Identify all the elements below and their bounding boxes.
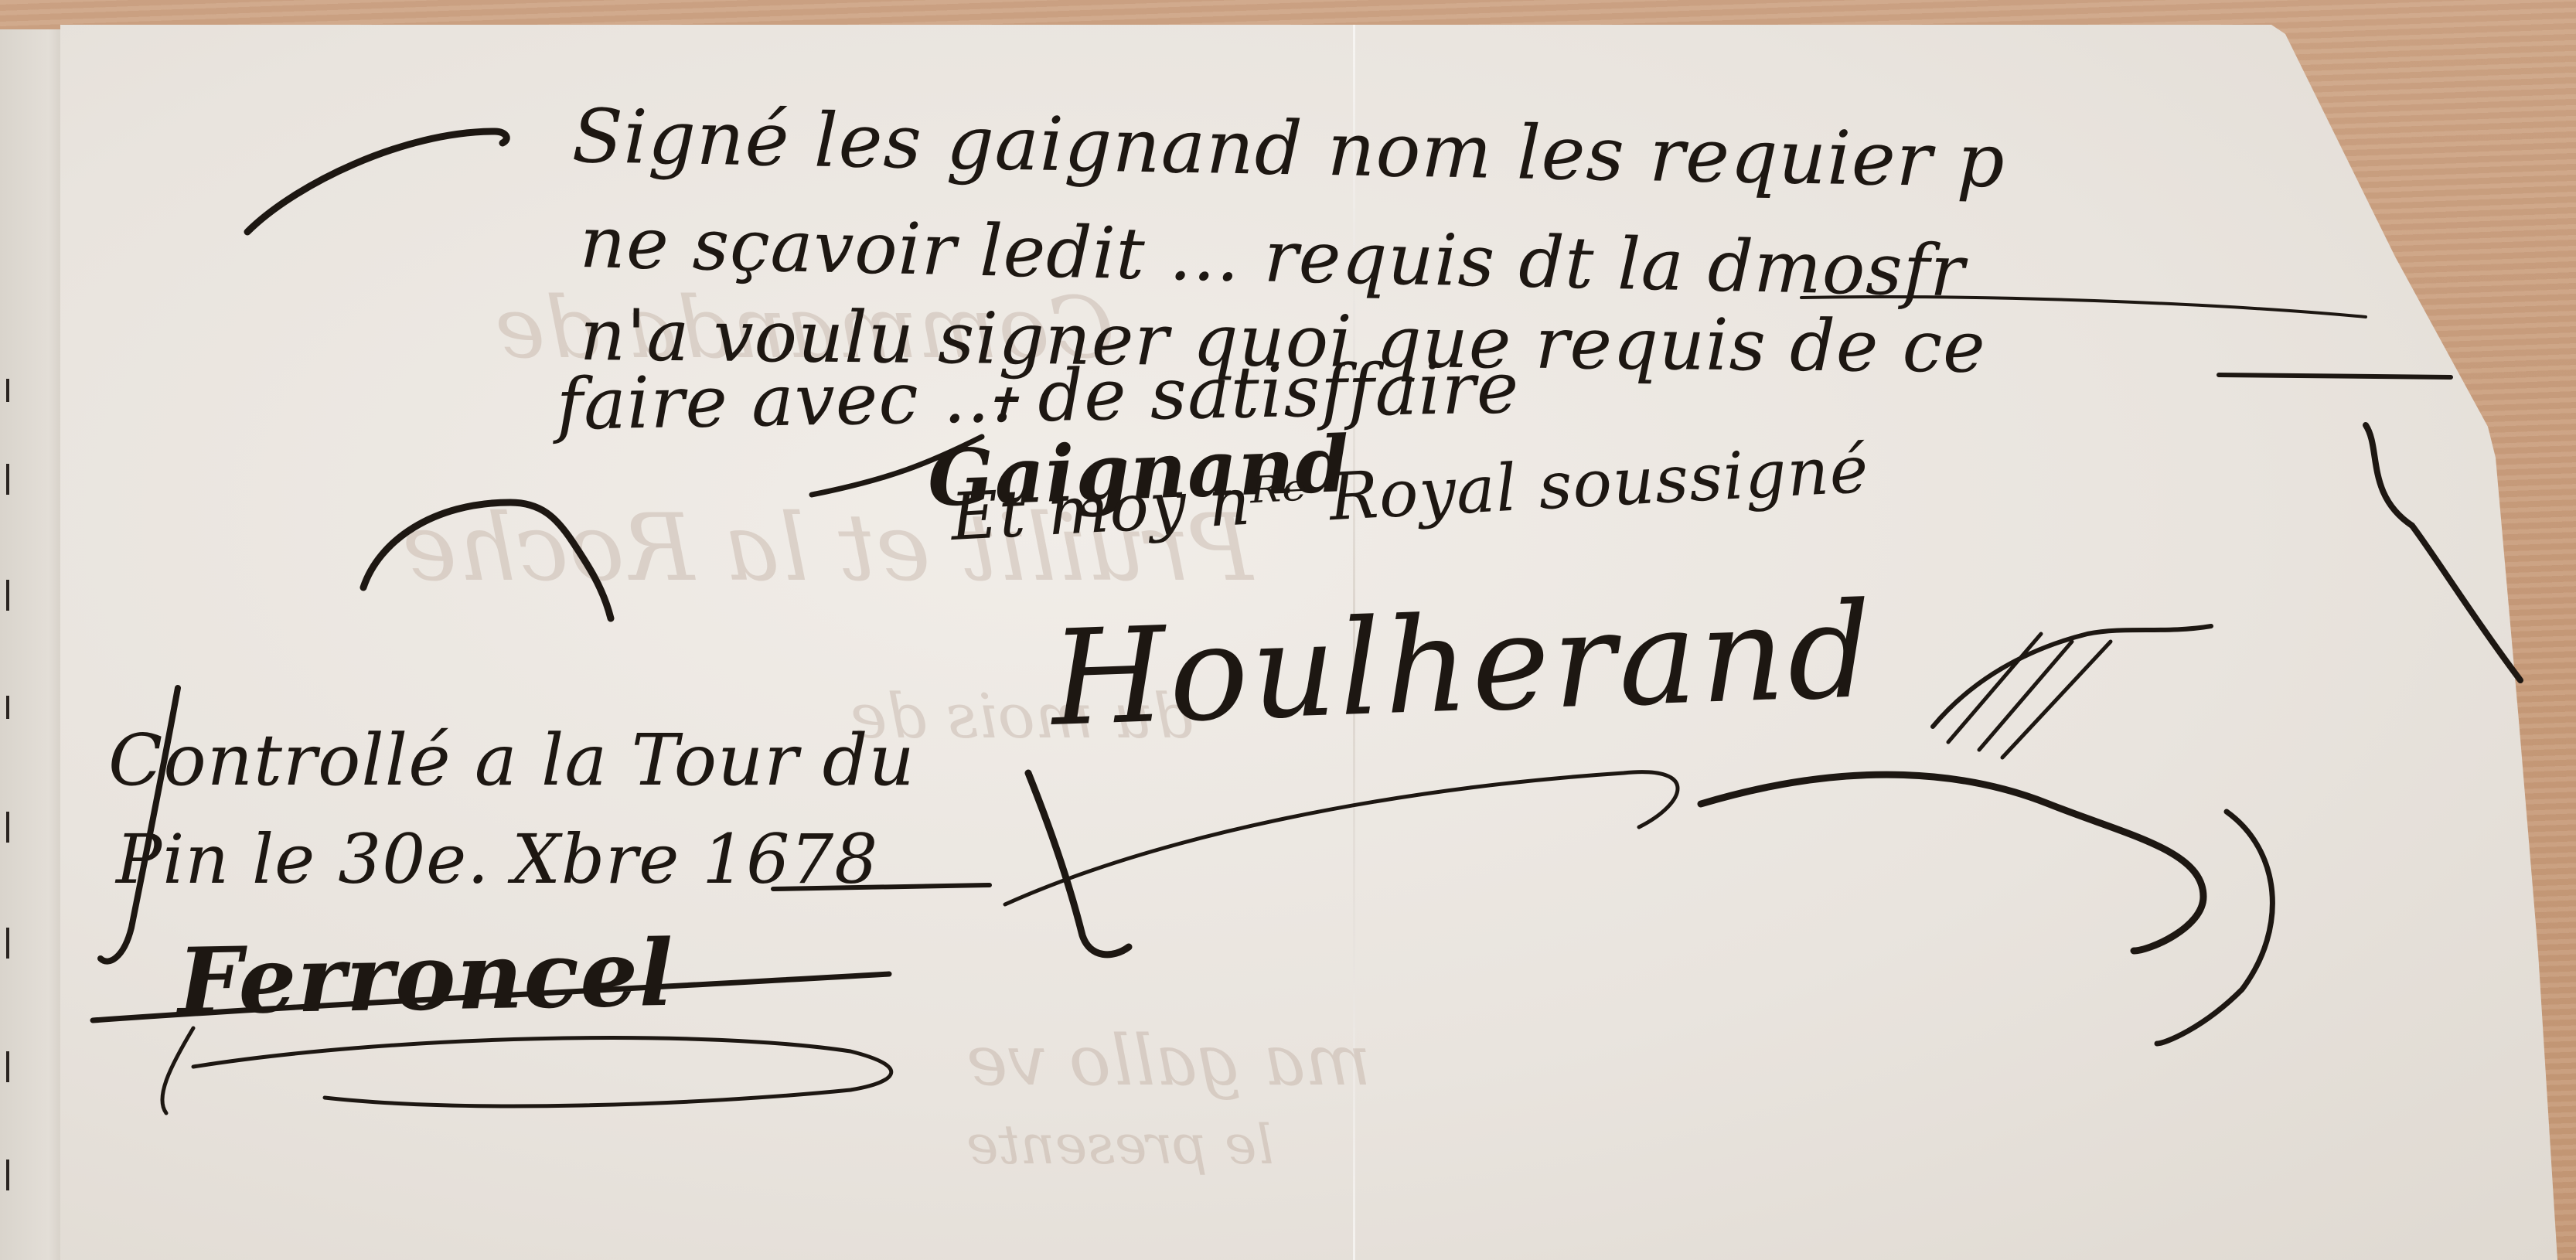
underlying-page-marks: [0, 0, 70, 1260]
bleed-through-text: le presente: [966, 1113, 1274, 1177]
signature-notary-houlherand: Houlherand: [1049, 574, 1878, 756]
signature-ferroncel: Ferroncel: [177, 919, 675, 1035]
cross-mark-icon: ✝: [982, 379, 1021, 433]
control-note-line-2: Pin le 30e. Xbre 1678: [116, 819, 878, 899]
control-note-line-1: Controllé a la Tour du: [108, 719, 915, 802]
bleed-through-text: ma gallo ve: [966, 1020, 1371, 1102]
